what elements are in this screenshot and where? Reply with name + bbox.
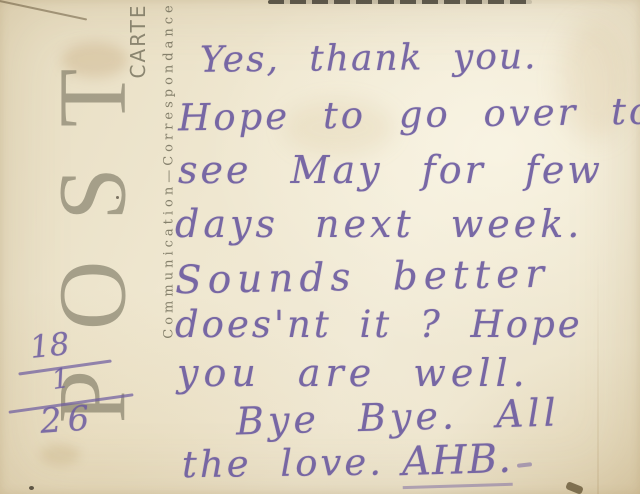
message-line: Bye Bye. All (235, 390, 560, 443)
dirt-speck (29, 486, 34, 490)
message-line: days next week. (175, 202, 583, 246)
paper-stain (40, 444, 80, 466)
message-line: you are well. (177, 351, 530, 395)
message-line: Sounds better (175, 252, 551, 304)
message-line: Yes, thank you. (200, 36, 538, 81)
date-day: 18 (28, 326, 71, 366)
signature: AHB. (401, 436, 512, 489)
crease-mark (0, 0, 87, 20)
printed-edge-rule (268, 0, 532, 4)
carte-printed-label: CARTE (126, 4, 150, 79)
crease-mark (597, 250, 599, 494)
message-line: does'nt it ? Hope (175, 303, 583, 346)
date-year: 26 (39, 398, 97, 442)
message-line: Hope to go over to (178, 90, 640, 140)
message-line: the love. (182, 440, 385, 486)
stray-ink-mark (517, 462, 532, 468)
message-closing-line: the love.AHB. (182, 437, 513, 492)
postcard-back: POST CARTE Communication—Correspondance … (0, 0, 640, 494)
dirt-speck (565, 481, 584, 494)
message-line: see May for few (178, 148, 603, 192)
